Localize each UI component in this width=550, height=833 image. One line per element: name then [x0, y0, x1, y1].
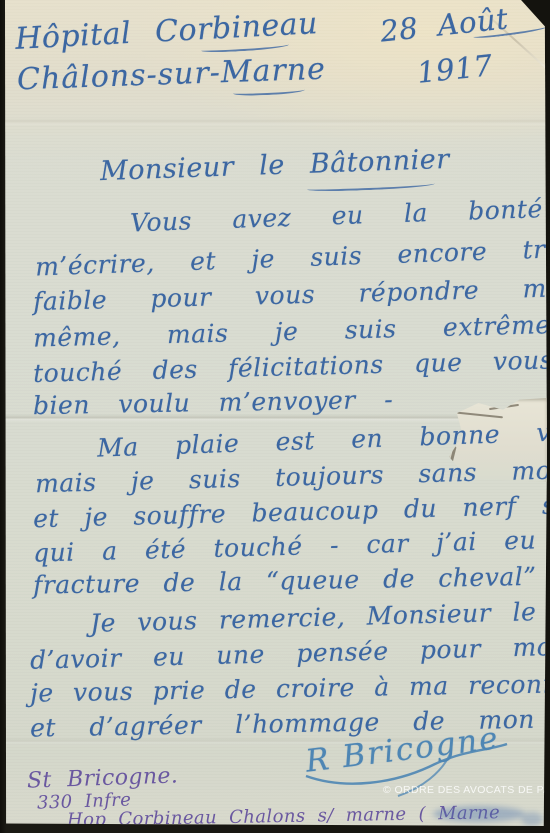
heading-hospital-line1: Hôpital Corbineau: [14, 6, 318, 57]
fold-crease: [5, 118, 547, 126]
tear-mark: [489, 404, 519, 410]
scanned-letter: Hôpital Corbineau Châlons-sur-Marne 28 A…: [0, 0, 550, 833]
body-p1-line4: même, mais je suis extrêmement: [33, 308, 547, 352]
copyright-watermark: © ORDRE DES AVOCATS DE PARIS: [383, 784, 547, 796]
body-p1-line3: faible pour vous répondre moi-: [33, 273, 547, 316]
heading-date-year: 1917: [415, 48, 494, 90]
body-p1-line1: Vous avez eu la bonté de: [130, 192, 547, 238]
ink-smudge: [433, 806, 525, 822]
ink-flourish: [233, 87, 305, 97]
body-p2-line5: fracture de la “queue de cheval” -: [33, 561, 547, 599]
annotation-name: St Bricogne.: [27, 763, 179, 793]
body-p3-line1: Je vous remercie, Monsieur le Bâtonnier: [90, 593, 547, 638]
tear-mark: [457, 412, 503, 419]
letter-paper: Hôpital Corbineau Châlons-sur-Marne 28 A…: [5, 0, 547, 826]
body-p1-line2: m’écrire, et je suis encore trop: [35, 234, 547, 282]
ink-smudge: [521, 812, 543, 826]
heading-date-day-month: 28 Août: [379, 1, 510, 48]
salutation: Monsieur le Bâtonnier: [100, 144, 451, 187]
ink-flourish: [307, 181, 435, 192]
body-p3-line3: je vous prie de croire à ma reconnaissan…: [30, 667, 547, 707]
